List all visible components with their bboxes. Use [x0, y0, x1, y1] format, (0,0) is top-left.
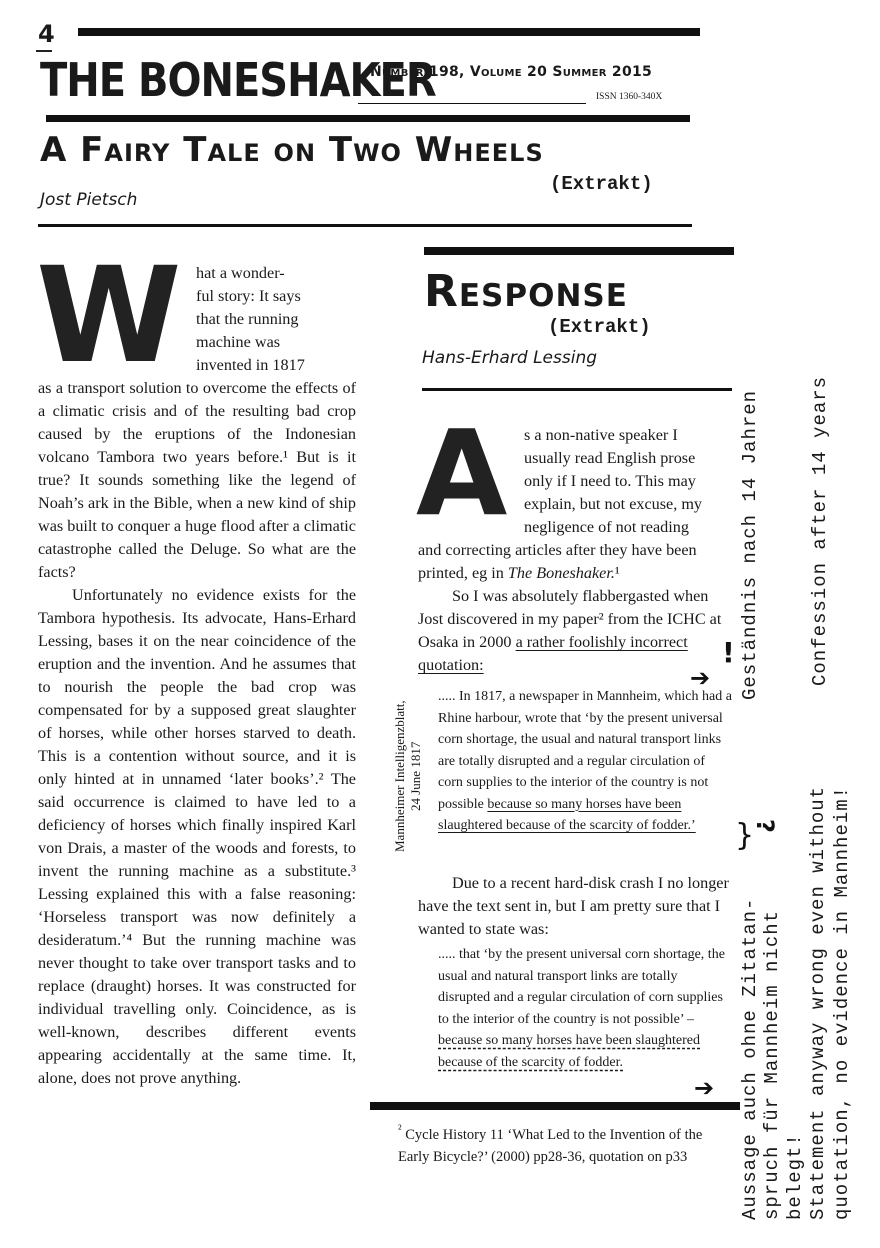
- annotation-en-confession: Confession after 14 years: [808, 346, 832, 686]
- paragraph-2: Unfortunately no evidence exists for the…: [38, 584, 356, 1090]
- article-title: A Fairy Tale on Two Wheels: [40, 130, 544, 170]
- response-top-rule: [424, 247, 734, 255]
- issue-info: Number 198, Volume 20 Summer 2015: [370, 64, 652, 80]
- response-title-rule: [422, 388, 732, 391]
- article-body-left: W hat a wonder- ful story: It says that …: [38, 262, 356, 1090]
- exclamation-mark: !: [722, 636, 735, 669]
- article-extract-label: (Extrakt): [550, 173, 653, 195]
- response-title: Response: [424, 268, 628, 316]
- response-paragraph-3: Due to a recent hard-disk crash I no lon…: [418, 872, 732, 941]
- annotation-en-statement-1: Statement anyway wrong even without: [806, 730, 830, 1220]
- annotation-de-statement-3: belegt!: [783, 1130, 807, 1220]
- response-extract-label: (Extrakt): [548, 316, 651, 338]
- annotation-en-statement-2: quotation, no evidence in Mannheim!: [830, 734, 854, 1220]
- paragraph-1: as a transport solution to overcome the …: [38, 377, 356, 584]
- annotation-de-confession: Geständnis nach 14 Jahren: [738, 350, 762, 700]
- page-number-underline: [36, 50, 52, 52]
- corrected-quotation: ..... that ‘by the present universal cor…: [438, 944, 732, 1073]
- response-author: Hans-Erhard Lessing: [422, 348, 597, 368]
- footnote: ² Cycle History 11 ‘What Led to the Inve…: [398, 1118, 728, 1168]
- drop-cap-w: W: [36, 264, 182, 370]
- response-paragraph-1: and correcting articles after they have …: [418, 539, 732, 585]
- annotation-de-statement-2: spruch für Mannheim nicht: [760, 830, 784, 1220]
- arrow-icon-2: ➔: [694, 1074, 714, 1102]
- response-lead-lines: s a non-native speaker I usually read En…: [524, 424, 732, 539]
- issue-rule: [358, 103, 586, 104]
- title-bottom-rule: [38, 224, 692, 227]
- original-quotation: ..... In 1817, a newspaper in Mannheim, …: [438, 686, 732, 837]
- lead-lines: hat a wonder- ful story: It says that th…: [196, 262, 356, 377]
- arrow-icon: ➔: [690, 664, 710, 692]
- article-author: Jost Pietsch: [40, 190, 137, 210]
- annotation-de-statement-1: Aussage auch ohne Zitatan-: [738, 860, 762, 1220]
- issn: ISSN 1360-340X: [596, 92, 662, 102]
- quote-dashed-underline: because so many horses have been slaught…: [438, 1033, 700, 1070]
- response-body: A s a non-native speaker I usually read …: [418, 424, 732, 677]
- page-number: 4: [38, 22, 55, 46]
- journal-name: The Boneshaker.: [508, 564, 615, 582]
- header-bottom-rule: [46, 115, 690, 122]
- quote-source-caption: Mannheimer Intelligenzblatt, 24 June 181…: [392, 690, 424, 862]
- footnote-rule: [370, 1102, 740, 1110]
- response-paragraph-2: So I was absolutely flabbergasted when J…: [418, 585, 732, 677]
- drop-cap-a: A: [416, 426, 507, 520]
- top-rule: [78, 28, 700, 36]
